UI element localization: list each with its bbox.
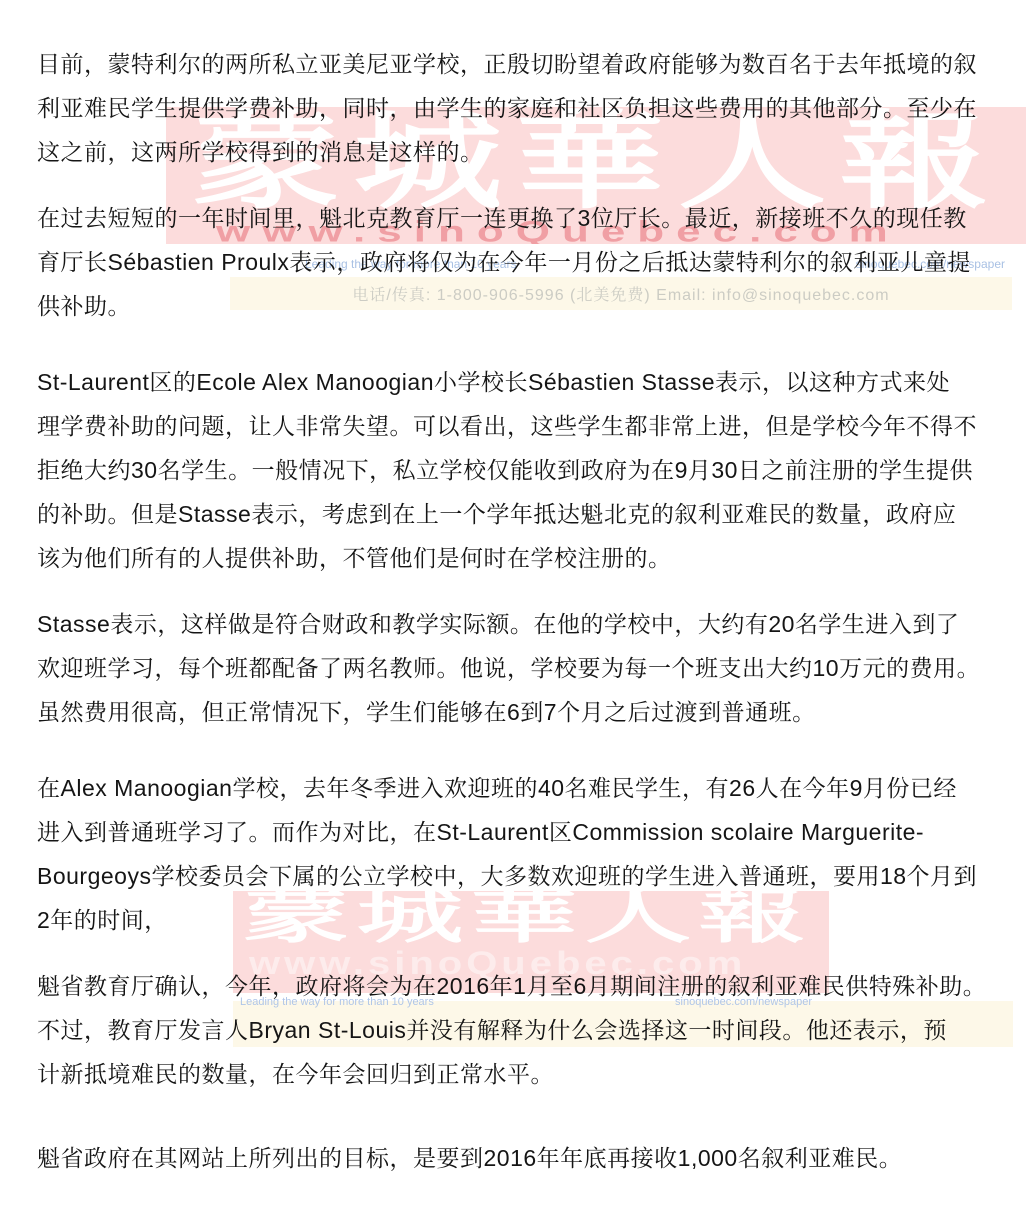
paragraph: 魁省教育厅确认，今年，政府将会为在2016年1月至6月期间注册的叙利亚难民供特殊… [37,964,997,1096]
text-line: 的补助。但是Stasse表示，考虑到在上一个学年抵达魁北克的叙利亚难民的数量，政… [37,492,997,536]
text-line: 利亚难民学生提供学费补助，同时，由学生的家庭和社区负担这些费用的其他部分。至少在 [37,86,997,130]
paragraph: Stasse表示，这样做是符合财政和教学实际额。在他的学校中，大约有20名学生进… [37,602,997,734]
text-line: 2年的时间， [37,898,997,942]
text-line: 供补助。 [37,284,997,328]
article-page: 蒙城華人報 www.sinoQuebec.com Leading the way… [0,0,1026,1209]
text-line: Stasse表示，这样做是符合财政和教学实际额。在他的学校中，大约有20名学生进… [37,602,997,646]
text-line: St-Laurent区的Ecole Alex Manoogian小学校长Séba… [37,360,997,404]
text-line: 育厅长Sébastien Proulx表示，政府将仅为在今年一月份之后抵达蒙特利… [37,240,997,284]
text-line: 不过，教育厅发言人Bryan St-Louis并没有解释为什么会选择这一时间段。… [37,1008,997,1052]
text-line: 拒绝大约30名学生。一般情况下，私立学校仅能收到政府为在9月30日之前注册的学生… [37,448,997,492]
text-line: 目前，蒙特利尔的两所私立亚美尼亚学校，正殷切盼望着政府能够为数百名于去年抵境的叙 [37,42,997,86]
text-line: 计新抵境难民的数量，在今年会回归到正常水平。 [37,1052,997,1096]
text-line: 欢迎班学习，每个班都配备了两名教师。他说，学校要为每一个班支出大约10万元的费用… [37,646,997,690]
text-line: 这之前，这两所学校得到的消息是这样的。 [37,130,997,174]
text-line: 虽然费用很高，但正常情况下，学生们能够在6到7个月之后过渡到普通班。 [37,690,997,734]
paragraph: 魁省政府在其网站上所列出的目标，是要到2016年年底再接收1,000名叙利亚难民… [37,1136,997,1180]
text-line: 魁省政府在其网站上所列出的目标，是要到2016年年底再接收1,000名叙利亚难民… [37,1136,997,1180]
text-line: 该为他们所有的人提供补助，不管他们是何时在学校注册的。 [37,536,997,580]
text-line: 理学费补助的问题，让人非常失望。可以看出，这些学生都非常上进，但是学校今年不得不 [37,404,997,448]
paragraph: St-Laurent区的Ecole Alex Manoogian小学校长Séba… [37,360,997,580]
text-line: Bourgeoys学校委员会下属的公立学校中，大多数欢迎班的学生进入普通班，要用… [37,854,997,898]
text-line: 在过去短短的一年时间里，魁北克教育厅一连更换了3位厅长。最近，新接班不久的现任教 [37,196,997,240]
text-line: 魁省教育厅确认，今年，政府将会为在2016年1月至6月期间注册的叙利亚难民供特殊… [37,964,997,1008]
paragraph: 在Alex Manoogian学校，去年冬季进入欢迎班的40名难民学生，有26人… [37,766,997,942]
paragraph: 目前，蒙特利尔的两所私立亚美尼亚学校，正殷切盼望着政府能够为数百名于去年抵境的叙… [37,42,997,174]
text-line: 进入到普通班学习了。而作为对比，在St-Laurent区Commission s… [37,810,997,854]
text-line: 在Alex Manoogian学校，去年冬季进入欢迎班的40名难民学生，有26人… [37,766,997,810]
paragraph: 在过去短短的一年时间里，魁北克教育厅一连更换了3位厅长。最近，新接班不久的现任教… [37,196,997,328]
article-body: 目前，蒙特利尔的两所私立亚美尼亚学校，正殷切盼望着政府能够为数百名于去年抵境的叙… [0,0,1026,1209]
